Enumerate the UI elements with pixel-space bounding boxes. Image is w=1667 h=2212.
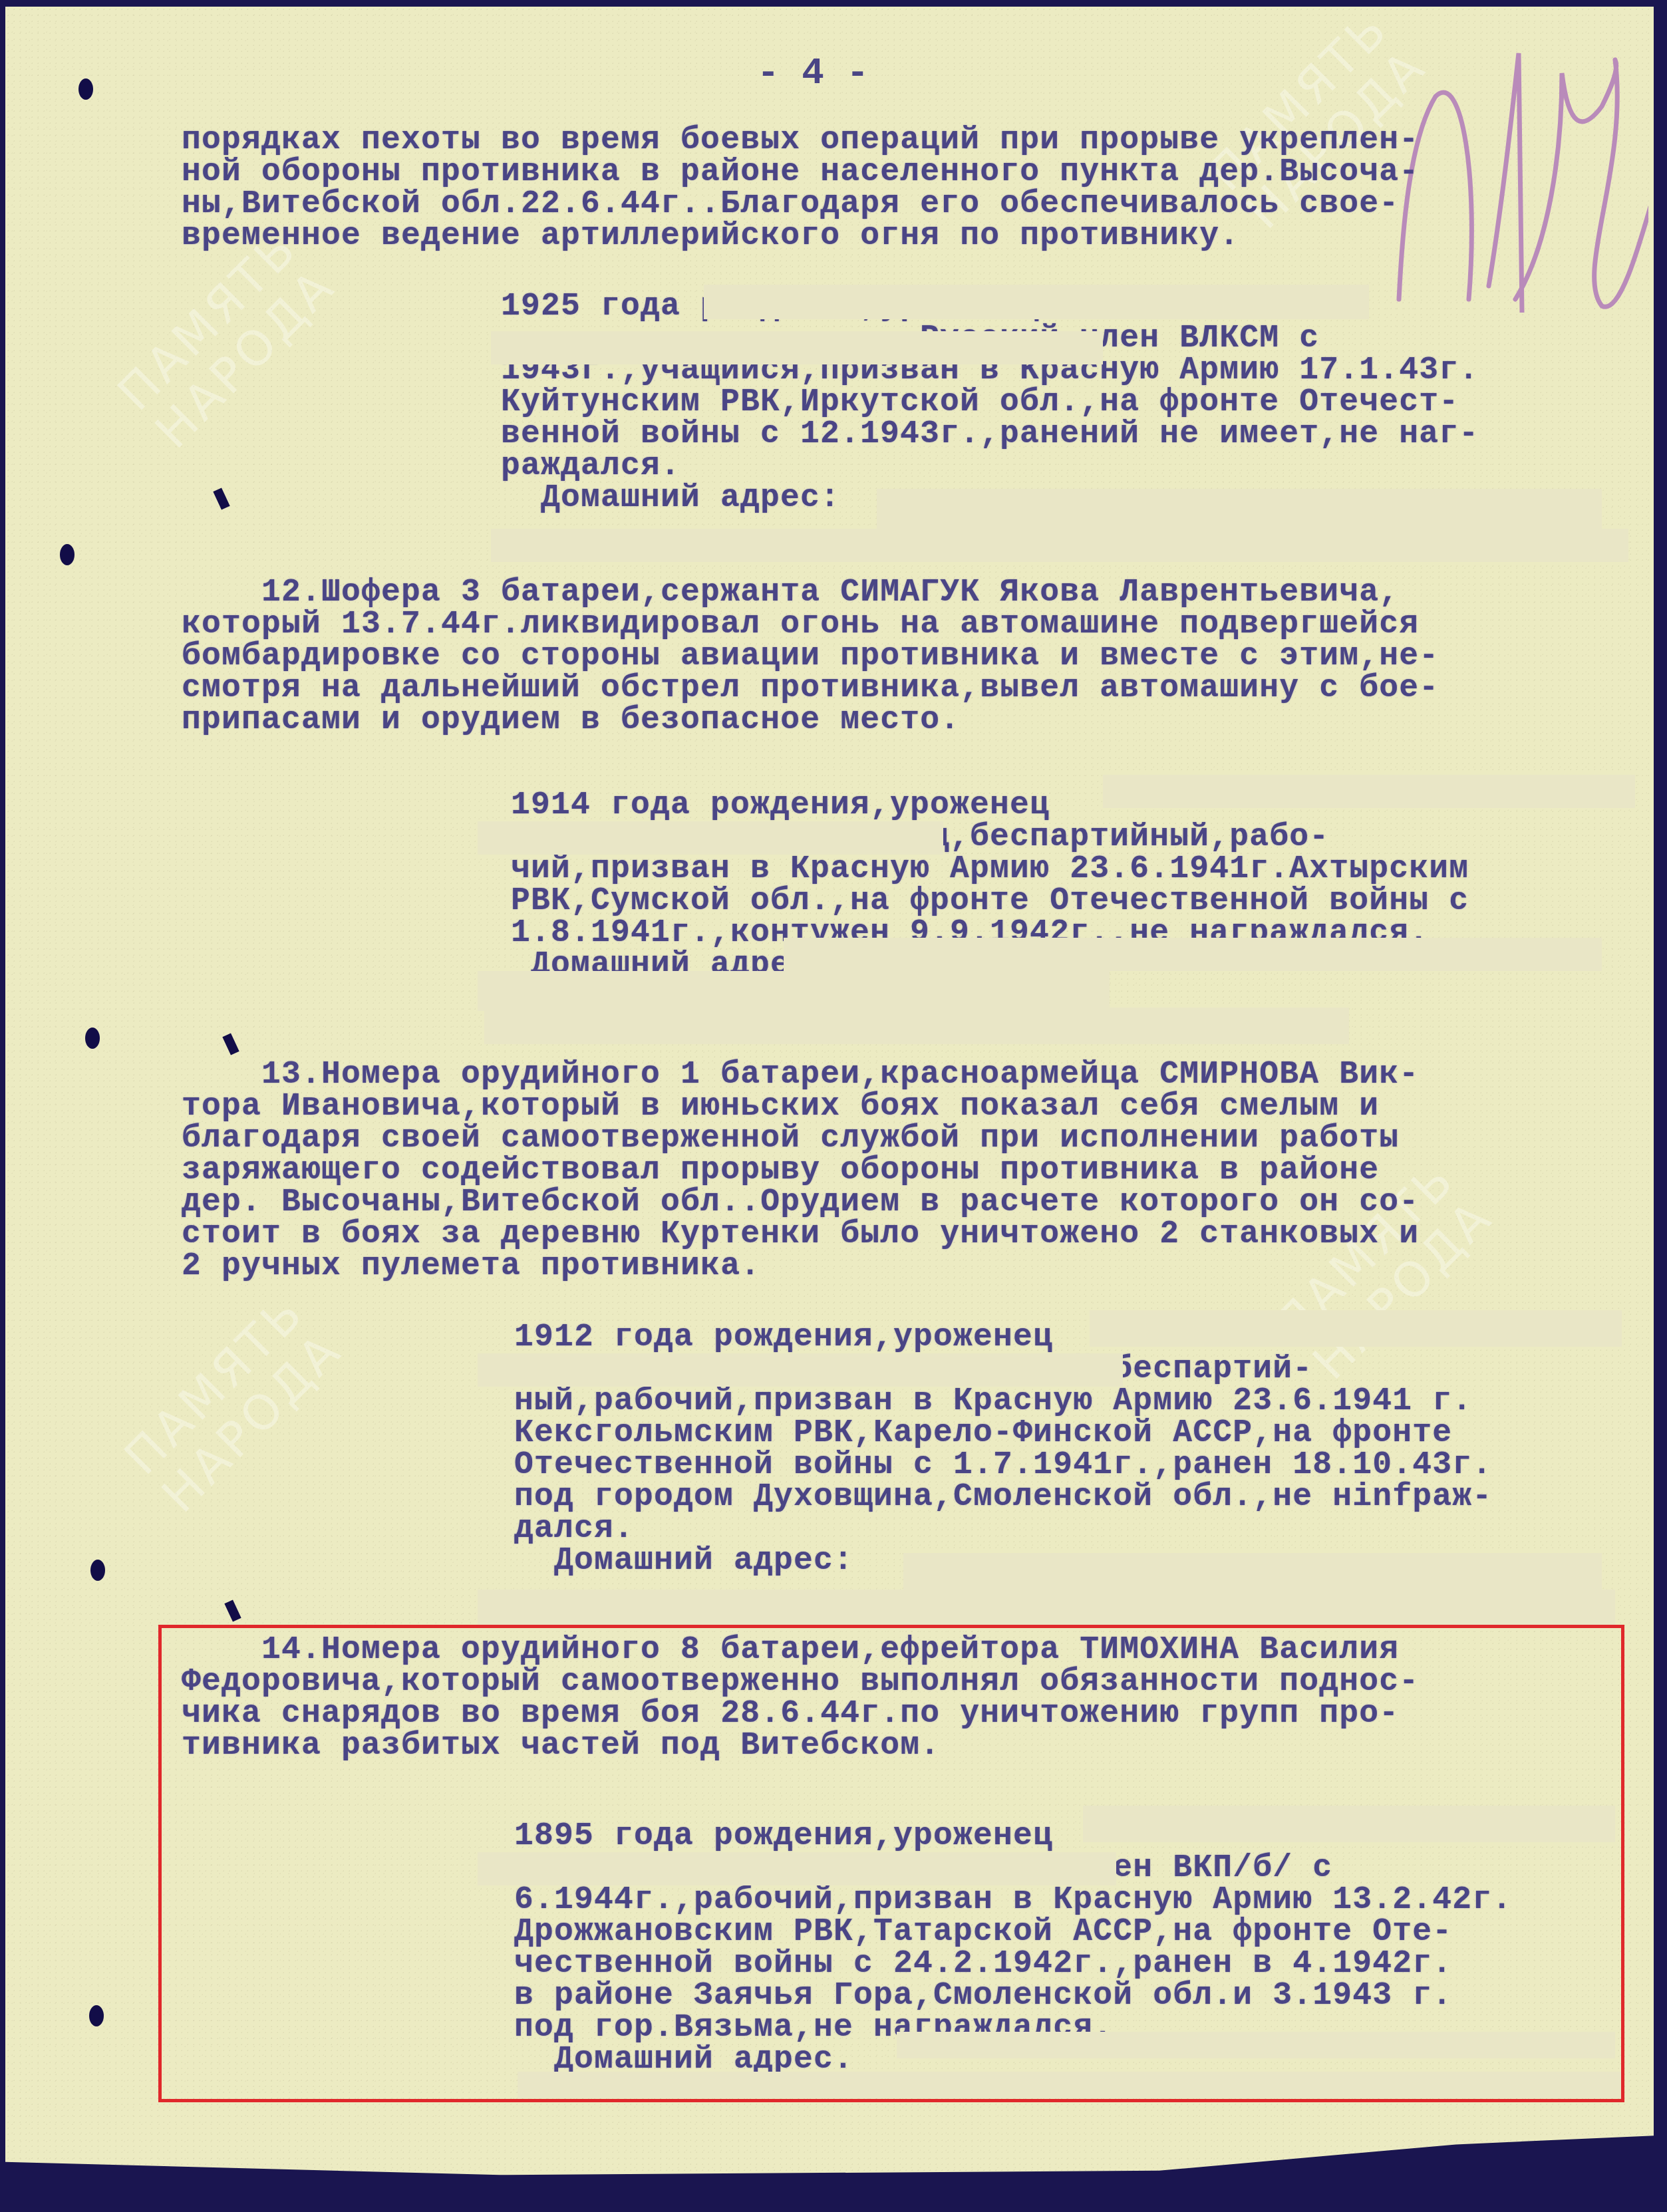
text-line: благодаря своей самоотверженной службой … [182,1121,1399,1156]
redacted-area [704,285,1369,319]
redacted-area [491,529,1628,562]
text-line: заряжающего содействовал прорыву обороны… [182,1153,1379,1188]
text-line: бомбардировке со стороны авиации противн… [182,639,1439,674]
text-line: Домашний адрес: [514,1544,853,1578]
redacted-area [491,331,1103,364]
ink-mark [224,1599,241,1621]
text-line: стоит в боях за деревню Куртенки было ун… [182,1217,1419,1252]
text-line: под городом Духовщина,Смоленской обл.,не… [514,1480,1492,1514]
text-line: 1914 года рождения,уроженец [511,788,1050,823]
redacted-area [484,1008,1349,1044]
text-line: 12.Шофера 3 батареи,сержанта СИМАГУК Яко… [182,575,1399,610]
redacted-area [784,938,1602,971]
text-line: РВК,Сумской обл.,на фронте Отечественной… [511,884,1469,918]
binder-hole [90,1560,105,1581]
ink-mark [213,487,229,509]
text-line: 2 ручных пулемета противника. [182,1249,760,1284]
text-line: смотря на дальнейший обстрел противника,… [182,671,1439,706]
ink-mark [222,1033,239,1055]
text-line: Отечественной войны с 1.7.1941г.,ранен 1… [514,1448,1492,1482]
document-page: ПАМЯТЬ НАРОДА ПАМЯТЬ НАРОДА ПАМЯТЬ НАРОД… [5,7,1654,2188]
redacted-area [1103,775,1635,808]
redacted-area [478,821,943,855]
text-line: чий,призван в Красную Армию 23.6.1941г.А… [511,852,1469,887]
text-line: венной войны с 12.1943г.,ранений не имее… [501,417,1479,452]
text-line: Кексгольмским РВК,Карело-Финской АССР,на… [514,1416,1452,1451]
text-line: ный,рабочий,призван в Красную Армию 23.6… [514,1384,1472,1419]
binder-hole [85,1028,100,1049]
binder-hole [89,2005,104,2026]
binder-hole [78,78,93,100]
text-line: дер. Высочаны,Витебской обл..Орудием в р… [182,1185,1419,1220]
text-line: Домашний адрес: [501,481,840,515]
text-line: припасами и орудием в безопасное место. [182,703,960,738]
text-line: порядках пехоты во время боевых операций… [182,123,1419,158]
page-number: - 4 - [757,52,869,94]
redacted-area [1090,1310,1622,1347]
redacted-area [877,489,1602,529]
redacted-area [478,1590,1615,1626]
redacted-area [478,971,1110,1011]
text-line: раждался. [501,449,681,484]
text-line: Куйтунским РВК,Иркутской обл.,на фронте … [501,385,1459,420]
text-line: который 13.7.44г.ликвидировал огонь на а… [182,607,1419,642]
text-line: 1912 года рождения,уроженец [514,1320,1053,1355]
text-line: 13.Номера орудийного 1 батареи,красноарм… [182,1057,1419,1092]
binder-hole [60,544,75,565]
watermark: ПАМЯТЬ НАРОДА [114,1284,352,1522]
redacted-area [903,1553,1602,1590]
highlight-box [158,1625,1624,2102]
redacted-area [478,1353,1123,1387]
watermark: ПАМЯТЬ НАРОДА [108,220,345,458]
text-line: временное ведение артиллерийского огня п… [182,219,1239,253]
text-line: дался. [514,1512,634,1546]
text-line: тора Ивановича,который в июньских боях п… [182,1089,1379,1124]
text-line: ной обороны противника в районе населенн… [182,155,1419,190]
text-line: ны,Витебской обл.22.6.44г..Благодаря его… [182,187,1399,221]
